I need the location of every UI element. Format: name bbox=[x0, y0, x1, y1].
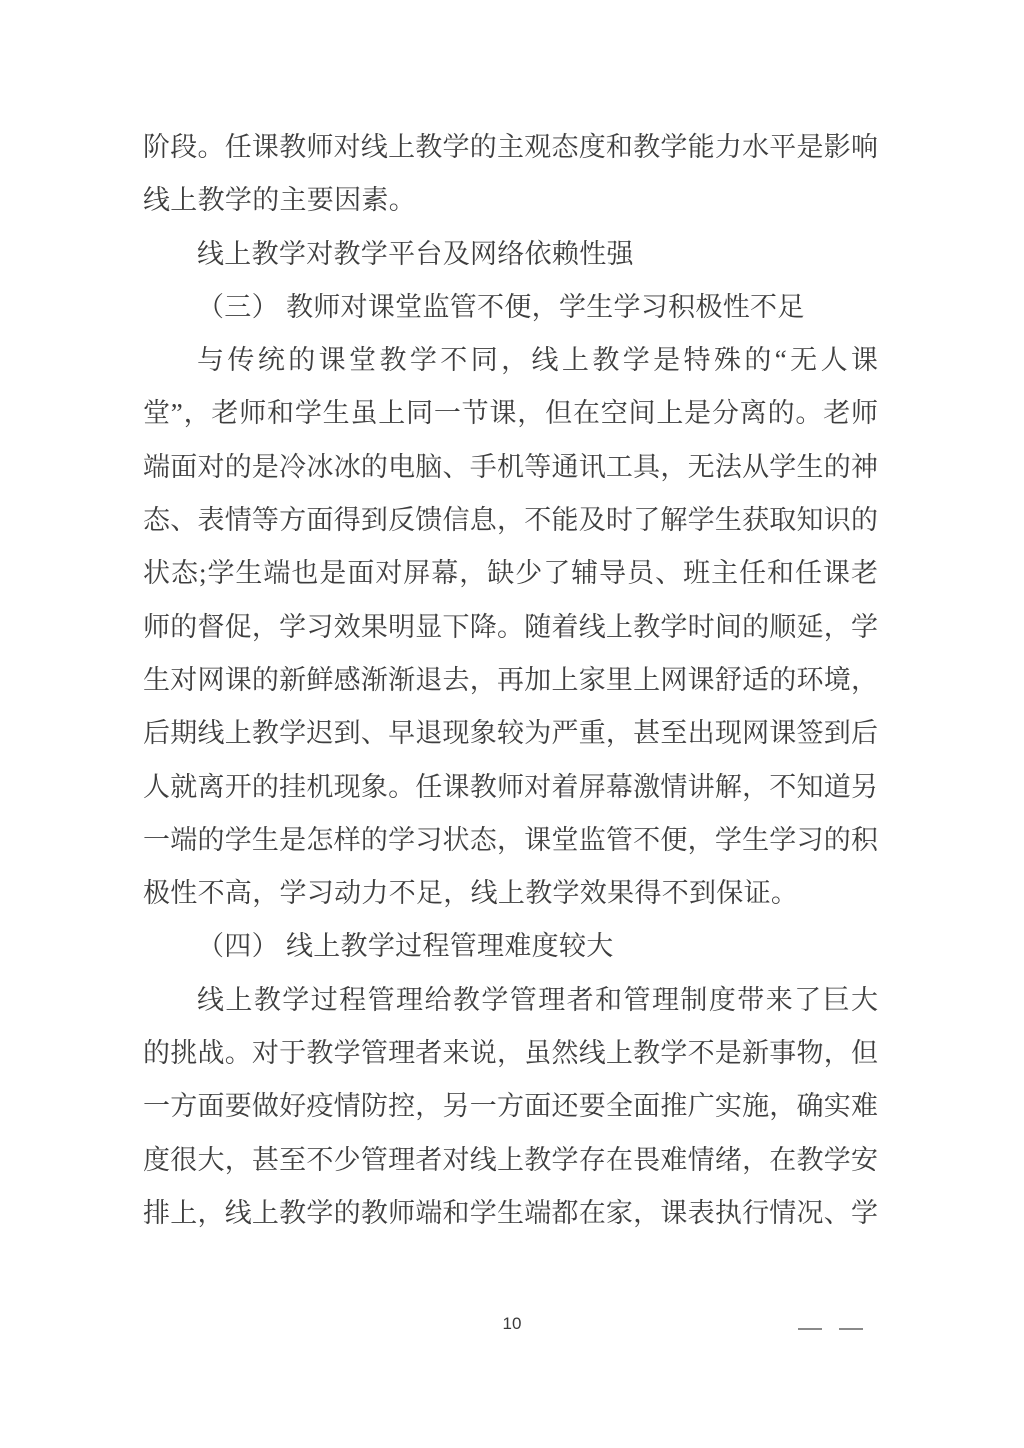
text-line: 线上教学过程管理给教学管理者和管理制度带来了巨大 bbox=[143, 974, 878, 1027]
text-line: 阶段。任课教师对线上教学的主观态度和教学能力水平是影响 bbox=[143, 121, 878, 174]
text-line: 生对网课的新鲜感渐渐退去，再加上家里上网课舒适的环境， bbox=[143, 654, 878, 707]
text-line: 排上，线上教学的教师端和学生端都在家，课表执行情况、学 bbox=[143, 1187, 878, 1240]
text-line: 态、表情等方面得到反馈信息，不能及时了解学生获取知识的 bbox=[143, 494, 878, 547]
text-line: 人就离开的挂机现象。任课教师对着屏幕激情讲解，不知道另 bbox=[143, 761, 878, 814]
footer-dashes bbox=[798, 1328, 863, 1330]
text-line: 后期线上教学迟到、早退现象较为严重，甚至出现网课签到后 bbox=[143, 707, 878, 760]
text-line: 线上教学的主要因素。 bbox=[143, 174, 878, 227]
text-line: 与传统的课堂教学不同，线上教学是特殊的“无人课 bbox=[143, 334, 878, 387]
section-heading: （三） 教师对课堂监管不便，学生学习积极性不足 bbox=[143, 281, 878, 334]
text-line: 一端的学生是怎样的学习状态，课堂监管不便，学生学习的积 bbox=[143, 814, 878, 867]
page-number: 10 bbox=[0, 1314, 1024, 1334]
dash-mark bbox=[798, 1328, 822, 1330]
text-line: 师的督促，学习效果明显下降。随着线上教学时间的顺延，学 bbox=[143, 601, 878, 654]
section-heading: （四） 线上教学过程管理难度较大 bbox=[143, 920, 878, 973]
text-line: 端面对的是冷冰冰的电脑、手机等通讯工具，无法从学生的神 bbox=[143, 441, 878, 494]
text-line: 线上教学对教学平台及网络依赖性强 bbox=[143, 228, 878, 281]
text-line: 度很大，甚至不少管理者对线上教学存在畏难情绪，在教学安 bbox=[143, 1134, 878, 1187]
document-body: 阶段。任课教师对线上教学的主观态度和教学能力水平是影响 线上教学的主要因素。 线… bbox=[143, 121, 878, 1240]
text-line: 堂”，老师和学生虽上同一节课，但在空间上是分离的。老师 bbox=[143, 387, 878, 440]
text-line: 一方面要做好疫情防控，另一方面还要全面推广实施，确实难 bbox=[143, 1080, 878, 1133]
text-line: 极性不高，学习动力不足，线上教学效果得不到保证。 bbox=[143, 867, 878, 920]
document-page: 阶段。任课教师对线上教学的主观态度和教学能力水平是影响 线上教学的主要因素。 线… bbox=[0, 0, 1024, 1448]
text-line: 的挑战。对于教学管理者来说，虽然线上教学不是新事物，但 bbox=[143, 1027, 878, 1080]
dash-mark bbox=[839, 1328, 863, 1330]
text-line: 状态;学生端也是面对屏幕，缺少了辅导员、班主任和任课老 bbox=[143, 547, 878, 600]
